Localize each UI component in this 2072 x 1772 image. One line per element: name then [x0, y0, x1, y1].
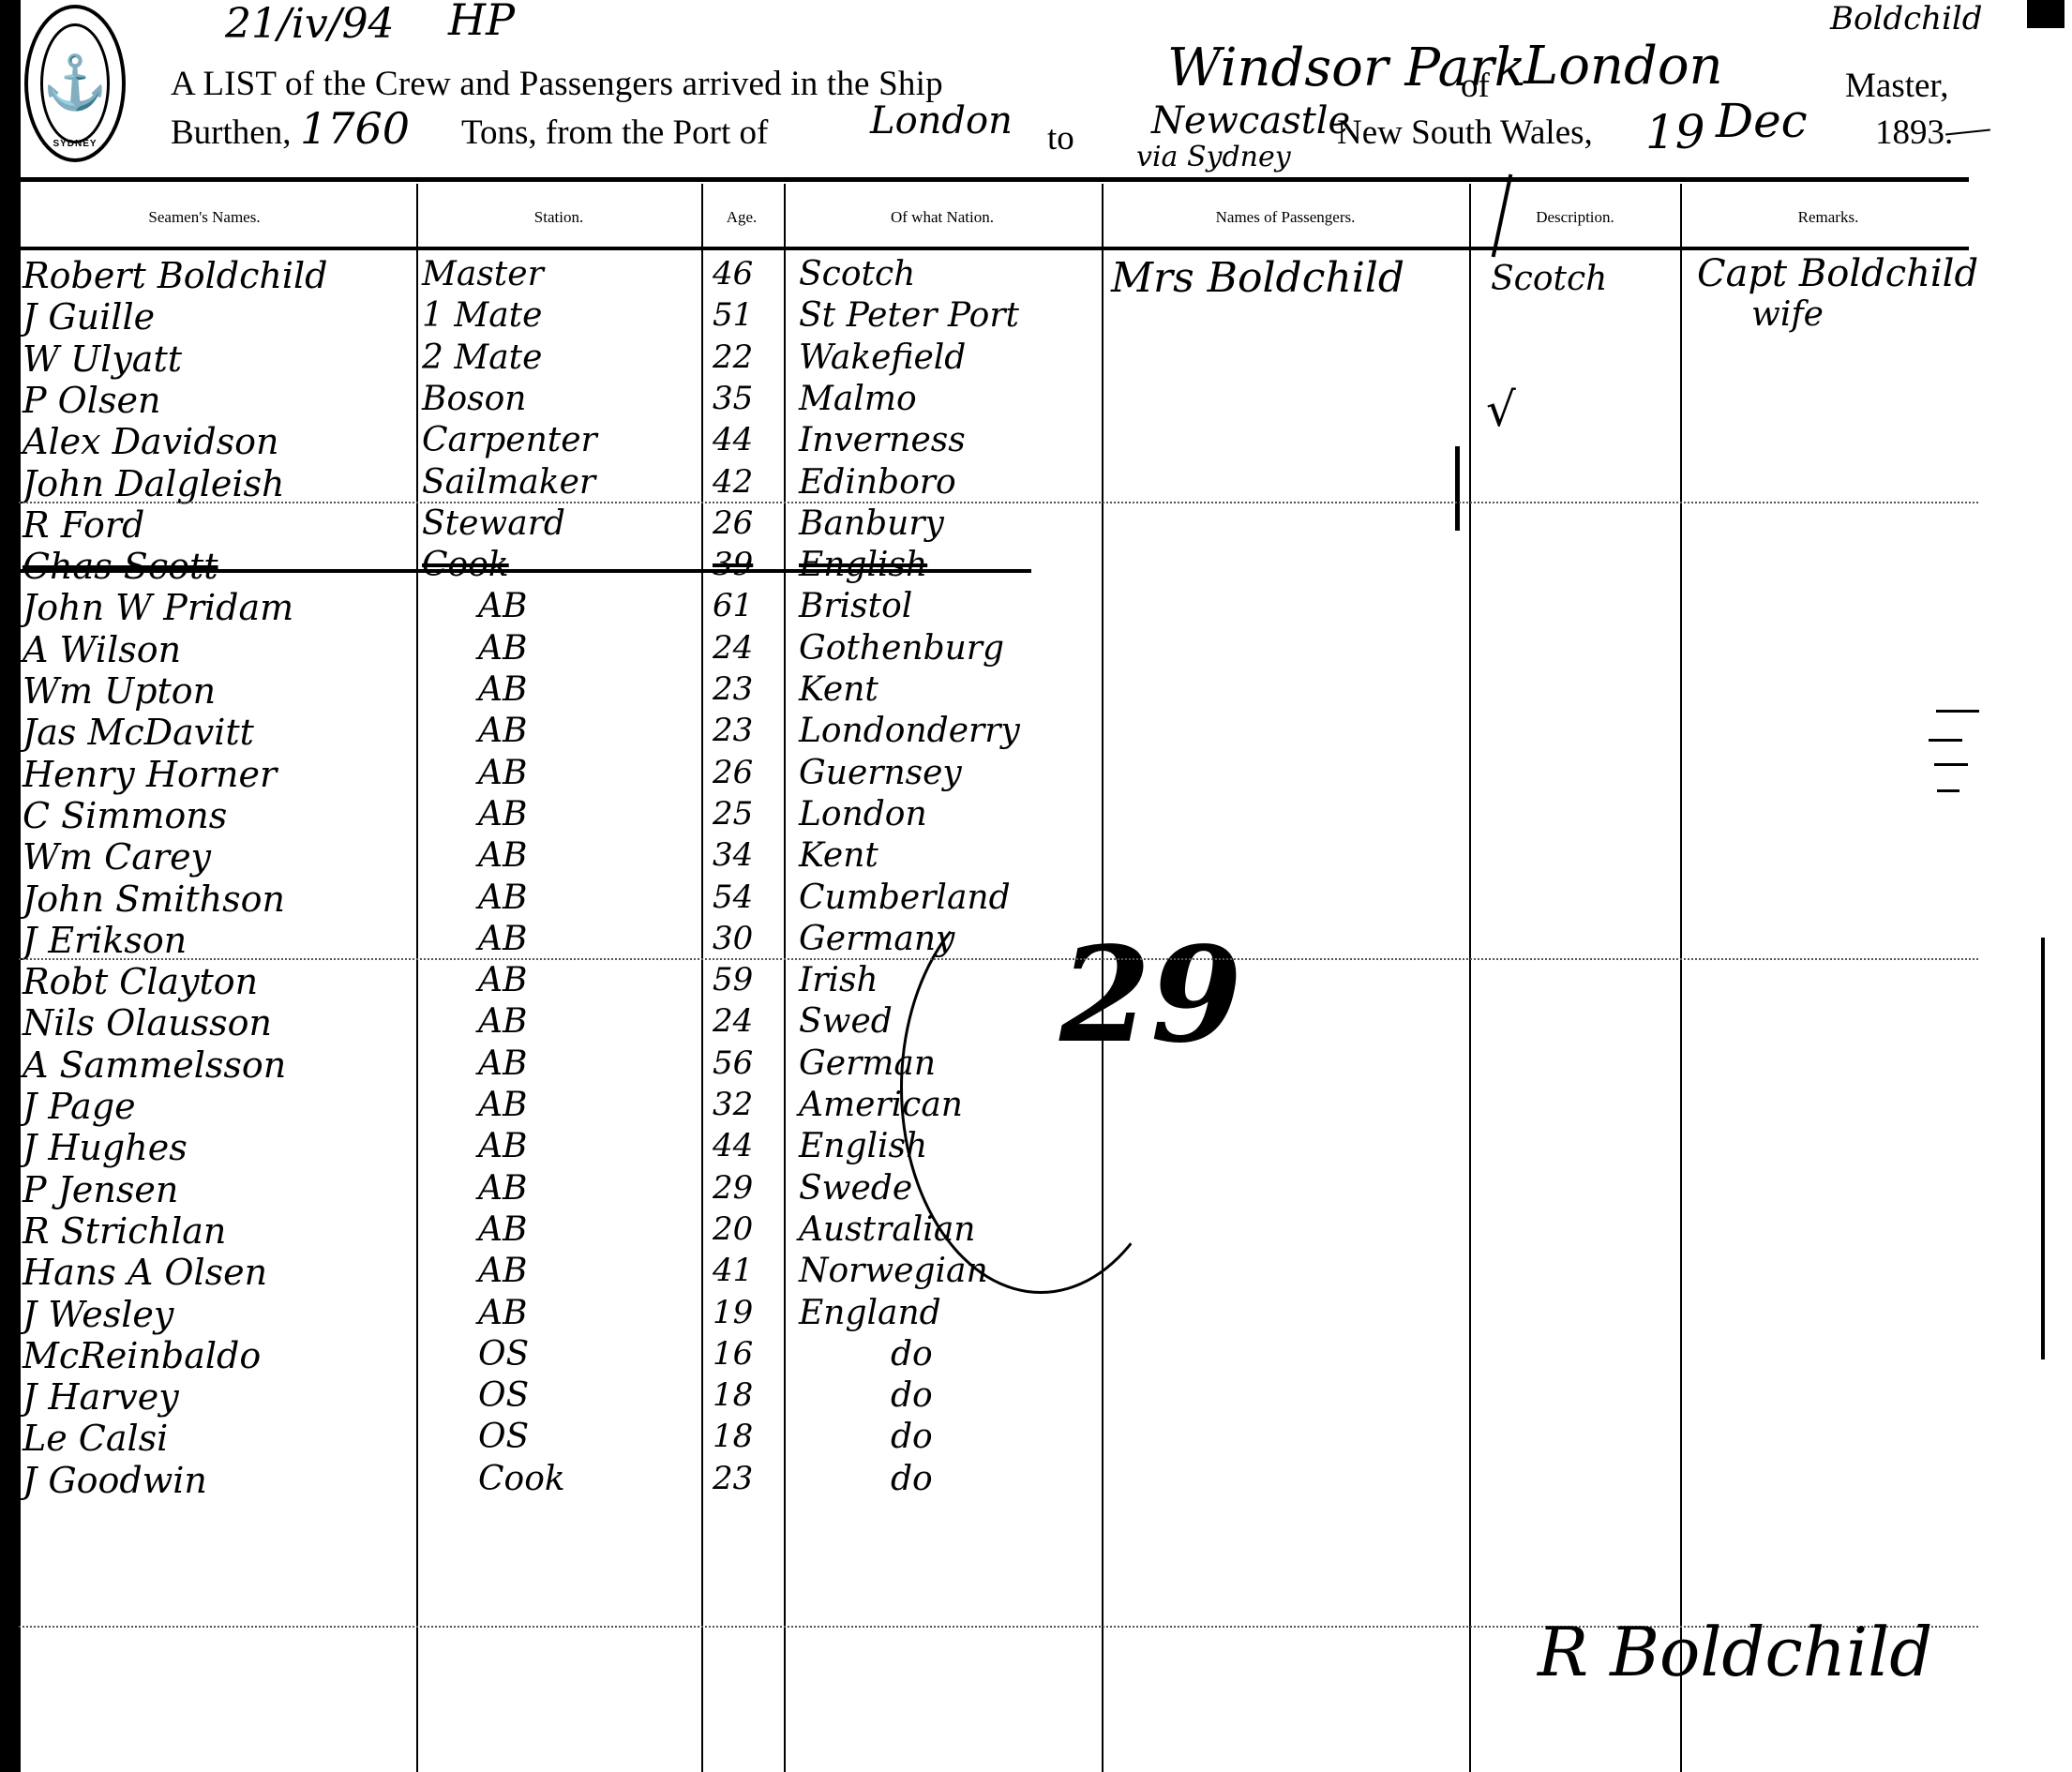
station: AB: [478, 1089, 527, 1122]
station: AB: [478, 1130, 527, 1164]
strikethrough-line: [19, 569, 1031, 573]
seaman-name: R Strichlan: [23, 1213, 226, 1249]
master-name: Boldchild: [1830, 0, 1983, 38]
column-divider: [1469, 184, 1471, 1772]
column-header-nation: Of what Nation.: [891, 208, 994, 227]
margin-tick: [1936, 710, 1979, 713]
seaman-name: J Wesley: [23, 1297, 173, 1332]
age: 26: [713, 757, 753, 788]
seaman-name: Henry Horner: [23, 757, 277, 792]
station: AB: [478, 714, 527, 748]
age: 42: [713, 466, 753, 498]
anchor-icon: ⚓: [42, 57, 108, 110]
nation: Banbury: [799, 507, 944, 541]
station: AB: [478, 1047, 527, 1081]
to-port: Newcastle: [1151, 99, 1350, 143]
date-annotation: 21/iv/94: [225, 0, 395, 48]
seaman-name: Chas Scott: [23, 548, 218, 584]
nation: Germany: [799, 923, 954, 956]
station: Boson: [422, 383, 526, 416]
header-line1-prefix: A LIST of the Crew and Passengers arrive…: [171, 65, 943, 103]
age: 23: [713, 714, 753, 746]
dotted-guide-line: [19, 958, 1978, 960]
nation: London: [799, 798, 927, 832]
age: 29: [713, 1172, 753, 1204]
seaman-name: John Smithson: [23, 881, 285, 917]
station: AB: [478, 881, 527, 915]
pen-stroke: [1455, 446, 1460, 531]
station: AB: [478, 1297, 527, 1330]
station: AB: [478, 1172, 527, 1206]
margin-tick: [1934, 763, 1968, 766]
header-line1: A LIST of the Crew and Passengers arrive…: [171, 64, 943, 104]
age: 32: [713, 1089, 753, 1120]
column-header-age: Age.: [727, 208, 758, 227]
age: 23: [713, 673, 753, 705]
seaman-name: Hans A Olsen: [23, 1254, 267, 1290]
arrival-month: Dec: [1716, 94, 1808, 148]
nation: Malmo: [799, 383, 917, 416]
station: AB: [478, 1254, 527, 1288]
column-header-description: Description.: [1536, 208, 1614, 227]
seaman-name: J Erikson: [23, 923, 187, 958]
age: 24: [713, 632, 753, 664]
age: 22: [713, 341, 753, 373]
age: 39: [713, 548, 753, 580]
age: 30: [713, 923, 753, 954]
seaman-name: Robt Clayton: [23, 964, 258, 999]
seaman-name: Wm Upton: [23, 673, 216, 709]
checkmark-icon: √: [1486, 383, 1516, 437]
station: AB: [478, 964, 527, 998]
master-signature: R Boldchild: [1538, 1613, 1932, 1691]
nation: St Peter Port: [799, 299, 1019, 333]
age: 34: [713, 839, 753, 871]
station: AB: [478, 798, 527, 832]
age: 20: [713, 1213, 753, 1245]
column-divider: [416, 184, 418, 1772]
from-port: London: [870, 99, 1013, 143]
seaman-name: J Guille: [23, 299, 155, 335]
nation: Londonderry: [799, 714, 1020, 748]
seaman-name: Wm Carey: [23, 839, 211, 875]
state-label: New South Wales,: [1337, 113, 1593, 153]
station: AB: [478, 1213, 527, 1247]
passenger-remarks-line1: Capt Boldchild: [1697, 255, 1978, 293]
seaman-name: J Page: [23, 1089, 136, 1124]
arrival-year: 1893.: [1875, 113, 1953, 153]
station: AB: [478, 1005, 527, 1039]
nation: Wakefield: [799, 341, 966, 375]
age: 44: [713, 1130, 753, 1162]
station: AB: [478, 632, 527, 666]
seaman-name: Le Calsi: [23, 1420, 168, 1456]
seaman-name: P Olsen: [23, 383, 160, 418]
seaman-name: Nils Olausson: [23, 1005, 272, 1041]
age: 61: [713, 590, 753, 622]
station: AB: [478, 590, 527, 623]
seaman-name: C Simmons: [23, 798, 227, 833]
column-divider: [784, 184, 786, 1772]
nation: Bristol: [799, 590, 912, 623]
to-label: to: [1047, 118, 1074, 158]
age: 44: [713, 424, 753, 456]
arrival-day: 19: [1645, 105, 1705, 159]
burthen-value: 1760: [300, 103, 410, 154]
crew-list-document: HARBOUR MASTERS DEPARTMENT ⚓ SYDNEY 21/i…: [0, 0, 2072, 1772]
column-header-passenger-names: Names of Passengers.: [1216, 208, 1356, 227]
seaman-name: John W Pridam: [23, 590, 293, 625]
scan-edge: [0, 0, 21, 1772]
passenger-remarks-line2: wife: [1751, 298, 1824, 332]
age: 18: [713, 1420, 753, 1452]
port-of-registry: London: [1524, 36, 1723, 97]
column-header-rule: [19, 247, 1969, 250]
column-header-remarks: Remarks.: [1798, 208, 1859, 227]
station: Master: [422, 258, 544, 292]
nation: Scotch: [799, 258, 915, 292]
nation: do: [891, 1338, 933, 1372]
nation: Kent: [799, 839, 878, 873]
nation: Inverness: [799, 424, 966, 458]
nation: Swed: [799, 1005, 893, 1039]
column-divider: [701, 184, 703, 1772]
passenger-description: Scotch: [1491, 263, 1607, 296]
nation: Kent: [799, 673, 878, 707]
column-header-station: Station.: [534, 208, 583, 227]
seaman-name: J Harvey: [23, 1379, 179, 1415]
seaman-name: P Jensen: [23, 1172, 178, 1208]
burthen-label: Burthen,: [171, 113, 291, 153]
column-divider: [1680, 184, 1682, 1772]
seaman-name: Alex Davidson: [23, 424, 279, 459]
initials-annotation: HP: [448, 0, 515, 45]
age: 18: [713, 1379, 753, 1411]
seaman-name: Robert Boldchild: [23, 258, 328, 293]
passenger-name: Mrs Boldchild: [1111, 258, 1404, 299]
age: 16: [713, 1338, 753, 1370]
station: OS: [478, 1338, 529, 1372]
station: Cook: [478, 1463, 565, 1496]
station: 2 Mate: [422, 341, 542, 375]
age: 46: [713, 258, 753, 290]
age: 26: [713, 507, 753, 539]
nation: Edinboro: [799, 466, 956, 500]
age: 51: [713, 299, 753, 331]
station: 1 Mate: [422, 299, 542, 333]
age: 59: [713, 964, 753, 996]
seaman-name: W Ulyatt: [23, 341, 182, 377]
age: 56: [713, 1047, 753, 1079]
margin-tick: [1937, 789, 1959, 792]
nation: do: [891, 1420, 933, 1454]
age: 25: [713, 798, 753, 830]
station: AB: [478, 673, 527, 707]
scan-corner-mark: [2027, 0, 2064, 28]
margin-tick: [1929, 739, 1962, 742]
nation: Irish: [799, 964, 878, 998]
nation: England: [799, 1297, 941, 1330]
age: 23: [713, 1463, 753, 1494]
margin-mark: [2041, 938, 2045, 1359]
nation: do: [891, 1379, 933, 1413]
seaman-name: J Goodwin: [23, 1463, 207, 1498]
seaman-name: A Wilson: [23, 632, 181, 668]
station: OS: [478, 1379, 529, 1413]
age: 35: [713, 383, 753, 414]
age: 41: [713, 1254, 753, 1286]
nation: Swede: [799, 1172, 912, 1206]
station: Carpenter: [422, 424, 597, 458]
harbour-masters-seal: HARBOUR MASTERS DEPARTMENT ⚓ SYDNEY: [24, 5, 126, 162]
margin-annotation: 29: [1059, 919, 1242, 1073]
seaman-name: A Sammelsson: [23, 1047, 286, 1083]
station: AB: [478, 923, 527, 956]
tons-label: Tons, from the Port of: [461, 113, 768, 153]
seaman-name: J Hughes: [23, 1130, 188, 1165]
station: AB: [478, 839, 527, 873]
age: 54: [713, 881, 753, 913]
station: Sailmaker: [422, 466, 595, 500]
seaman-name: R Ford: [23, 507, 144, 543]
nation: Gothenburg: [799, 632, 1004, 666]
age: 19: [713, 1297, 753, 1329]
station: AB: [478, 757, 527, 790]
seaman-name: McReinbaldo: [23, 1338, 261, 1374]
station: Cook: [422, 548, 509, 582]
seaman-name: John Dalgleish: [23, 466, 285, 502]
column-header-seamens-names: Seamen's Names.: [148, 208, 260, 227]
station: OS: [478, 1420, 529, 1454]
nation: Norwegian: [799, 1254, 988, 1288]
nation: English: [799, 548, 927, 582]
of-label: of: [1461, 66, 1490, 106]
dotted-guide-line: [19, 502, 1978, 503]
seaman-name: Jas McDavitt: [23, 714, 254, 750]
master-label: Master,: [1845, 66, 1949, 106]
seal-text-bottom: SYDNEY: [53, 139, 97, 149]
header-top-rule: [19, 177, 1969, 182]
age: 24: [713, 1005, 753, 1037]
nation: Guernsey: [799, 757, 962, 790]
nation: do: [891, 1463, 933, 1496]
pen-stroke: [1492, 174, 1513, 258]
station: Steward: [422, 507, 565, 541]
via-port: via Sydney: [1136, 141, 1291, 173]
